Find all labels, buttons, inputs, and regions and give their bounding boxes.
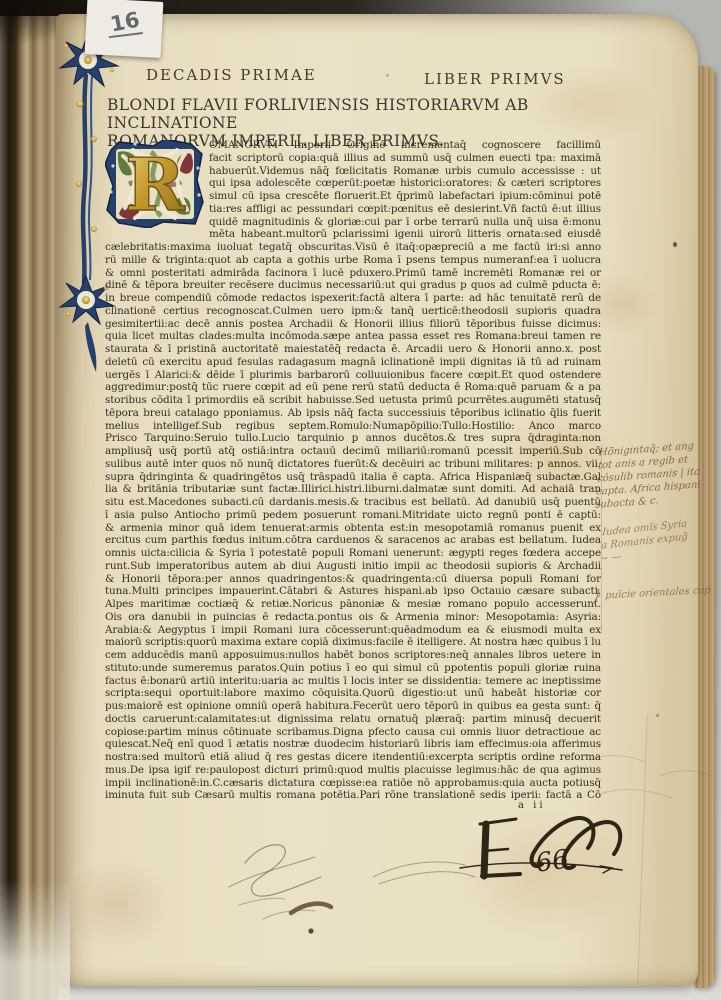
body-text-line: Arabia:& Aegyptus ī impii Romani iura cō… xyxy=(105,624,601,637)
body-text-line: uergēs ī Alarici:& dēide ī plurimis barb… xyxy=(105,369,601,382)
body-text-line: copiose:partim minus cōtinuate scribamus… xyxy=(105,726,601,739)
ghost-marks xyxy=(580,746,721,816)
body-text-line: gesimitertii:ac decē annis postea Archad… xyxy=(105,318,601,331)
body-text-line: maiorū scriptis:quorū maxima extare copi… xyxy=(105,636,601,649)
body-text-line: Ois ora danubii in puincias ē redacta.po… xyxy=(105,611,601,624)
body-text-line: situ est.Macedones subacti.cū dardanis.m… xyxy=(105,496,601,509)
body-text-line: storibus cōdita ī primordiis eā scribit … xyxy=(105,394,601,407)
svg-text:66: 66 xyxy=(534,845,571,879)
body-text-line: tēpora breui catalago pponiamus. Ab ipsi… xyxy=(105,407,601,420)
book-spine-binding xyxy=(0,6,58,1000)
pen-trial-scribbles xyxy=(223,831,493,961)
body-text-line: ampliusq̄ usq̄ portū atq̄ ostiā:intra oc… xyxy=(105,445,601,458)
body-text-line: facit scriptorū copia:quā illius ad summ… xyxy=(209,152,601,165)
body-text-line: aggredimur:postq̄ tūc ruere cœpit ad eū … xyxy=(105,381,601,394)
book-photograph: DECADIS PRIMAE LIBER PRIMVS BLONDI FLAVI… xyxy=(0,0,721,1000)
margin-note-3: }puīcie orientales cap̄ xyxy=(591,583,711,603)
body-text-line: deletū cū exercitu apud fesulas radagasu… xyxy=(105,356,601,369)
body-text-line: ī asia pulso Antiocho primū pedem posuer… xyxy=(105,509,601,522)
body-text-line: Alpes maritimæ coctiæq̄ & retiæ.Noricus … xyxy=(105,598,601,611)
body-text-line: cem adducēdis manū apposuimus:nullos hab… xyxy=(105,649,601,662)
body-text-line: impii inclinationē:in.C.cæsaris dictatur… xyxy=(105,777,601,790)
body-text-line: factus ē:bonarū artiū interitu:uaria ac … xyxy=(105,675,601,688)
body-text-line: quidē magnitudinis & gloriæ:cui par ī or… xyxy=(209,216,601,229)
ink-speck xyxy=(656,714,659,717)
body-text-line: melius intelligef.Sub regibus septem.Rom… xyxy=(105,420,601,433)
body-text-line: dinē & tēpora breuiter recēsere ducimus … xyxy=(105,279,601,292)
body-text-line: quia licet multas clades:multa incōmoda.… xyxy=(105,330,601,343)
running-head-right: LIBER PRIMVS xyxy=(424,70,566,88)
body-text-line: Prisco Tarquino:Seruio tullo.Lucio tarqu… xyxy=(105,432,601,445)
body-text-line: & Honorii tēpora:per annos quadringentos… xyxy=(105,573,601,586)
body-text-line: in breue compendiū cōmode redactos ispex… xyxy=(105,292,601,305)
body-text-line: tuna.Multi principes impauerint.Cātabri … xyxy=(105,585,601,598)
body-text-line: qui ipsa adolescēte cœperūt:poetæ histor… xyxy=(209,177,601,190)
ink-speck xyxy=(673,242,677,247)
body-text-line: pus:maiorē est opinione omniū operā habi… xyxy=(105,700,601,713)
chapter-title-line1: BLONDI FLAVII FORLIVIENSIS HISTORIARVM A… xyxy=(107,96,642,132)
margin-note-1: Hōnigintaq̄; et angtot anis a regib etcō… xyxy=(595,439,704,512)
body-text-line: quiescat.Neq̄ enī quod ī ætatis nostræ d… xyxy=(105,738,601,751)
body-text-line: & omni posteritati admirāda facinora ī l… xyxy=(105,267,601,280)
body-text-line: tia:res affligi ac pessundari cœpit:pœni… xyxy=(209,203,601,216)
body-text-line: ercitus cum parthis fœdus initum.cōtra c… xyxy=(105,534,601,547)
body-text-line: OMANORVM Imperii Originē incrementaq̄ co… xyxy=(209,139,601,152)
body-text-line: supra q̄dringinta & quadringētos usq̄ tr… xyxy=(105,471,601,484)
margin-note-2: Iudea omīs Syriaa Romanis expuḡ~ — xyxy=(600,517,689,566)
binding-bottom-highlight xyxy=(0,880,70,1000)
body-lines: OMANORVM Imperii Originē incrementaq̄ co… xyxy=(105,139,601,802)
running-head-left: DECADIS PRIMAE xyxy=(146,66,317,84)
body-text-line: rū mille & triginta:quot ab capta a goth… xyxy=(105,254,601,267)
folio-number-slip: 16 xyxy=(85,0,164,58)
body-text-line: nostra:sed multorū etiā aliud q̄ res ges… xyxy=(105,751,601,764)
body-text-line: clinationē certius recognoscat.Culmen ue… xyxy=(105,305,601,318)
body-text-line: cælebritatis:maxima iuoluat tegatq̄ obsc… xyxy=(105,241,601,254)
illuminated-initial: R xyxy=(105,140,204,228)
body-text-block: R OMANORVM Imperii Originē incrementaq̄ … xyxy=(105,139,601,802)
body-text-line: staurata & ī pristinā auctoritatē maiest… xyxy=(105,343,601,356)
page-crease xyxy=(601,444,602,634)
svg-text:R: R xyxy=(125,142,186,227)
illuminated-initial-R-icon: R xyxy=(105,140,204,228)
body-text-line: scripta:sequi oportuit:labore maximo cōq… xyxy=(105,687,601,700)
body-text-line: mus.De ipsa igif re:paulopost dicturi pr… xyxy=(105,764,601,777)
body-text-line: lia & britānia tributariæ sunt factæ.Ill… xyxy=(105,483,601,496)
body-text-line: habuerūt.Videmus nāq̄ fœlicitatis Romanæ… xyxy=(209,165,601,178)
body-text-line: mēta habeant.multorū pclarissimi igenii … xyxy=(209,228,601,241)
margin-note-line: puīcie orientales cap̄ xyxy=(605,585,711,602)
ink-speck xyxy=(386,74,389,77)
body-text-line: sulibus autē inter quos nō nunq̄ dictato… xyxy=(105,458,601,471)
body-text-line: omnis uicta:cilicia & Syria ī potestatē … xyxy=(105,547,601,560)
pencil-folio-number: 16 xyxy=(108,7,141,36)
body-text-line: stituto:unde sumeremus paratos.Quin poti… xyxy=(105,662,601,675)
body-text-line: doctis caruerunt:calamitates:ut dignissi… xyxy=(105,713,601,726)
incunabulum-page: DECADIS PRIMAE LIBER PRIMVS BLONDI FLAVI… xyxy=(56,14,698,986)
body-text-line: & armenia minor quā idem tenuerat:armis … xyxy=(105,522,601,535)
body-text-line: runt.Sub imperatoribus autem ab diui Aug… xyxy=(105,560,601,573)
body-text-line: simul cū ipsa crescēte floruerit.Et q̄pr… xyxy=(209,190,601,203)
